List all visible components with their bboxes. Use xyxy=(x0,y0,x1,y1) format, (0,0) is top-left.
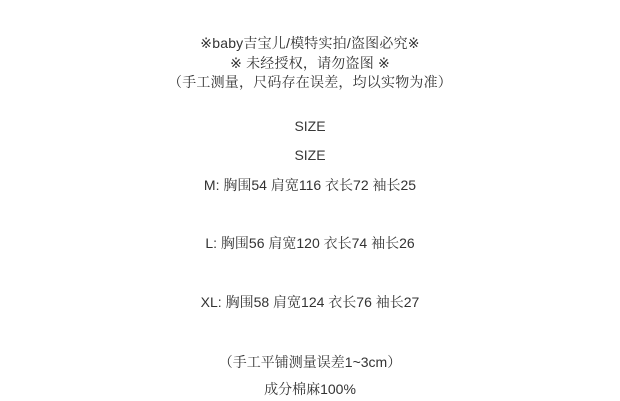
fabric-composition: 成分棉麻100% xyxy=(0,379,620,399)
measurement-disclaimer: （手工测量，尺码存在误差，均以实物为准） xyxy=(0,72,620,92)
size-heading-2: SIZE xyxy=(0,145,620,165)
product-description-page: ※baby吉宝儿/模特实拍/盗图必究※ ※ 未经授权，请勿盗图 ※ （手工测量，… xyxy=(0,0,620,401)
anti-theft-notice: ※baby吉宝儿/模特实拍/盗图必究※ xyxy=(0,33,620,53)
copyright-notice: ※ 未经授权，请勿盗图 ※ xyxy=(0,53,620,73)
size-row-m: M: 胸围54 肩宽116 衣长72 袖长25 xyxy=(0,175,620,195)
measurement-error-note: （手工平铺测量误差1~3cm） xyxy=(0,352,620,372)
size-row-l: L: 胸围56 肩宽120 衣长74 袖长26 xyxy=(0,233,620,253)
size-heading-1: SIZE xyxy=(0,116,620,136)
size-row-xl: XL: 胸围58 肩宽124 衣长76 袖长27 xyxy=(0,292,620,312)
